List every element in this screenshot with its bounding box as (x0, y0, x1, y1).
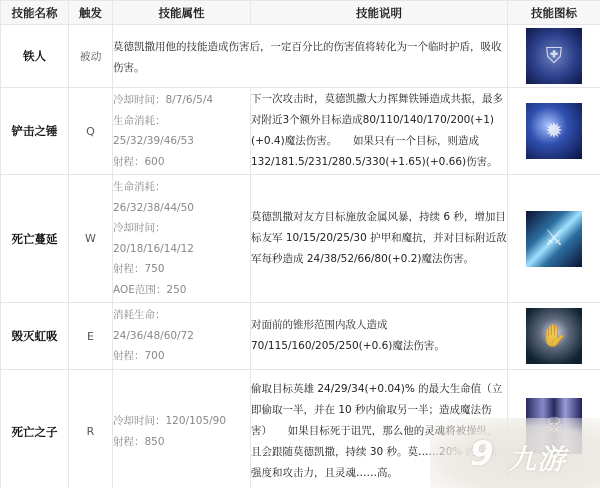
attr-line: 射程：750 (113, 259, 250, 280)
attr-line: 冷却时间： (113, 218, 250, 239)
skill-description: 莫德凯撒用他的技能造成伤害后，一定百分比的伤害值将转化为一个临时护盾，吸收伤害。 (113, 25, 508, 88)
skill-description: 对面前的锥形范围内敌人造成70/115/160/205/250(+0.6)魔法伤… (251, 303, 508, 370)
table-row: 毁灭虹吸 E 消耗生命： 24/36/48/60/72 射程：700 对面前的锥… (1, 303, 600, 370)
attr-line: 射程：850 (113, 432, 250, 453)
attr-line: 生命消耗： (113, 111, 250, 132)
skill-name: 铁人 (1, 25, 69, 88)
skill-description: 下一次攻击时，莫德凯撒大力挥舞铁锤造成共振，最多对附近3个额外目标造成80/11… (251, 88, 508, 175)
attr-line: 24/36/48/60/72 (113, 326, 250, 347)
watermark-logo-icon: 9 (470, 434, 494, 474)
creeping-death-icon: ⚔ (526, 211, 582, 267)
site-watermark: 9 九游 (430, 418, 600, 488)
skill-name: 铲击之锤 (1, 88, 69, 175)
attr-line: 26/32/38/44/50 (113, 198, 250, 219)
skill-name: 毁灭虹吸 (1, 303, 69, 370)
table-row: 铲击之锤 Q 冷却时间：8/7/6/5/4 生命消耗： 25/32/39/46/… (1, 88, 600, 175)
skills-table: 技能名称 触发 技能属性 技能说明 技能图标 铁人 被动 莫德凯撒用他的技能造成… (0, 0, 600, 488)
attr-line: 25/32/39/46/53 (113, 131, 250, 152)
header-skill-attributes: 技能属性 (113, 1, 251, 25)
skill-name: 死亡蔓延 (1, 175, 69, 303)
skill-name: 死亡之子 (1, 370, 69, 488)
passive-iron-man-icon: ⛨ (526, 28, 582, 84)
skill-trigger: Q (69, 88, 113, 175)
skill-attributes: 冷却时间：8/7/6/5/4 生命消耗： 25/32/39/46/53 射程：6… (113, 88, 251, 175)
table-row: 铁人 被动 莫德凯撒用他的技能造成伤害后，一定百分比的伤害值将转化为一个临时护盾… (1, 25, 600, 88)
attr-line: 射程：600 (113, 152, 250, 173)
skill-attributes: 消耗生命： 24/36/48/60/72 射程：700 (113, 303, 251, 370)
attr-line: 射程：700 (113, 346, 250, 367)
watermark-text: 九游 (508, 438, 566, 478)
header-skill-name: 技能名称 (1, 1, 69, 25)
skill-attributes: 冷却时间：120/105/90 射程：850 (113, 370, 251, 488)
attr-line: 冷却时间：120/105/90 (113, 411, 250, 432)
skill-trigger: W (69, 175, 113, 303)
skill-icon-cell: ⚔ (508, 175, 600, 303)
siphon-of-destruction-icon: ✋ (526, 308, 582, 364)
attr-line: 20/18/16/14/12 (113, 239, 250, 260)
header-skill-icon: 技能图标 (508, 1, 600, 25)
mace-of-spades-icon: ✹ (526, 103, 582, 159)
skill-trigger: E (69, 303, 113, 370)
skill-attributes: 生命消耗： 26/32/38/44/50 冷却时间： 20/18/16/14/1… (113, 175, 251, 303)
skill-icon-cell: ⛨ (508, 25, 600, 88)
attr-line: 冷却时间：8/7/6/5/4 (113, 90, 250, 111)
attr-line: AOE范围：250 (113, 280, 250, 301)
table-header-row: 技能名称 触发 技能属性 技能说明 技能图标 (1, 1, 600, 25)
skill-icon-cell: ✋ (508, 303, 600, 370)
skill-description: 莫德凯撒对友方目标施放金属风暴，持续 6 秒，增加目标友军 10/15/20/2… (251, 175, 508, 303)
attr-line: 生命消耗： (113, 177, 250, 198)
skill-icon-cell: ✹ (508, 88, 600, 175)
header-skill-description: 技能说明 (251, 1, 508, 25)
skill-trigger: R (69, 370, 113, 488)
header-trigger: 触发 (69, 1, 113, 25)
table-row: 死亡蔓延 W 生命消耗： 26/32/38/44/50 冷却时间： 20/18/… (1, 175, 600, 303)
attr-line: 消耗生命： (113, 305, 250, 326)
skill-trigger: 被动 (69, 25, 113, 88)
